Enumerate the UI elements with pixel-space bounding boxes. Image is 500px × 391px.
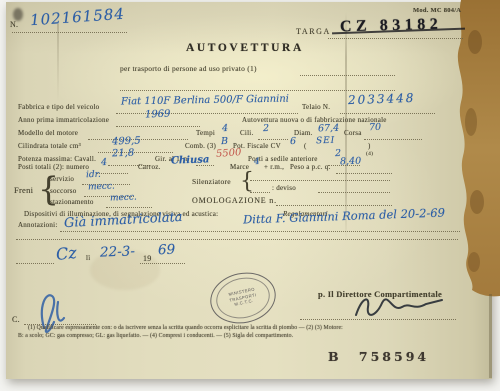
dotted-line (328, 36, 463, 39)
diam-label: Diam. (294, 129, 313, 137)
dotted-line (340, 111, 435, 114)
torn-page-edge (445, 0, 500, 391)
carroz-value: Chiusa (171, 154, 210, 166)
pot-fiscale-value: 6 (290, 136, 296, 147)
dotted-line (300, 317, 456, 320)
form-model-reference: Mod. MC 804/A (413, 7, 461, 14)
dotted-line (276, 203, 392, 206)
telaio-value: 2033448 (348, 91, 416, 107)
peso-value: 8,40 (340, 156, 362, 168)
potenza-label: Potenza massima: Cavall. (18, 155, 96, 163)
dotted-line (16, 237, 458, 240)
subtitle: per trasporto di persone ad uso privato … (120, 64, 257, 73)
comb-value: B (221, 136, 228, 147)
place-handwritten: Cz (55, 243, 78, 264)
corsa-label: Corsa (344, 129, 362, 137)
potenza-value: 21,8 (112, 148, 135, 160)
dotted-line (60, 229, 460, 232)
freni-servizio-label: servizio (50, 175, 74, 183)
annotazioni-label: Annotazioni: (18, 221, 58, 229)
dotted-line (120, 88, 395, 91)
dotted-line (300, 73, 395, 76)
giri-value-red: 5500 (216, 147, 242, 160)
comb-label: Comb. (3) (185, 142, 216, 150)
footnote-line1: (1) Qualificare espressamente con: o da … (28, 325, 343, 331)
fabbrica-label: Fabbrica e tipo del veicolo (18, 103, 99, 111)
freni-label: Freni (14, 185, 33, 195)
tempi-label: Tempi (196, 129, 215, 137)
booklet-serial-number: B 758594 (328, 349, 429, 364)
dotted-line (98, 150, 173, 153)
freni-soccorso-label: soccorso (50, 187, 77, 195)
dotted-line (336, 171, 392, 174)
silenziatore-label: Silenziatore (192, 177, 231, 186)
pot-fiscale-word: SEI (316, 136, 336, 147)
c-label: C. (12, 315, 20, 324)
year-handwritten: 69 (158, 242, 176, 259)
omologazione-label: OMOLOGAZIONE n. (192, 196, 277, 205)
freni-soccorso-value: mecc. (88, 182, 115, 193)
cili-label: Cili. (240, 129, 254, 137)
tempi-value: 4 (222, 123, 228, 134)
n-label: N. (10, 20, 18, 29)
corsa-value: 70 (369, 122, 381, 133)
telaio-label: Telaio N. (302, 103, 330, 111)
anno-value: 1969 (145, 109, 171, 121)
cilindrata-value: 499,5 (112, 136, 141, 148)
dotted-line (140, 261, 185, 264)
dotted-line (116, 111, 298, 114)
dotted-line (106, 205, 152, 208)
dotted-line (250, 190, 270, 193)
sedile-footnote-ref: (4) (366, 151, 373, 157)
dotted-line (258, 137, 288, 140)
dotted-line (364, 137, 422, 140)
document-title: AUTOVETTURA (186, 42, 304, 54)
footnote-line2: B: a scolo; GC: gas compresso; GL: gas l… (18, 333, 293, 339)
dotted-line (250, 178, 390, 181)
freni-servizio-value: idr. (86, 170, 101, 181)
freni-stazionamento-value: mecc. (110, 193, 137, 204)
cilindrata-label: Cilindrata totale cm³ (18, 142, 81, 150)
paren-close: ) (368, 142, 371, 150)
silenziatore-note: : deviso (272, 184, 296, 192)
li-label: lì (86, 254, 90, 262)
dotted-line (116, 124, 200, 127)
anno-label: Anno prima immatricolazione (18, 116, 109, 124)
dotted-line (16, 261, 54, 264)
peso-label: Peso a p.c. q. (290, 163, 330, 171)
dotted-line (318, 190, 390, 193)
marce-suffix: + r.m., (264, 163, 284, 171)
date-handwritten: 22-3- (100, 243, 135, 260)
stamp-text-line3: M.C.T.C. (234, 299, 254, 308)
marce-value: 4 (254, 157, 260, 167)
carroz-label: Carroz. (138, 163, 161, 171)
posti-value: 4 (101, 157, 107, 168)
motore-label: Modello del motore (18, 129, 78, 137)
freni-stazionamento-label: stazionamento (50, 198, 94, 206)
scanned-document-page: { "top": { "n_label": "N.", "n_value": "… (0, 0, 500, 391)
dotted-line (12, 30, 127, 33)
cili-value: 2 (263, 123, 269, 134)
paren-open: ( (304, 142, 307, 150)
targa-label: TARGA (296, 27, 331, 36)
diam-value: 67,4 (318, 123, 340, 135)
